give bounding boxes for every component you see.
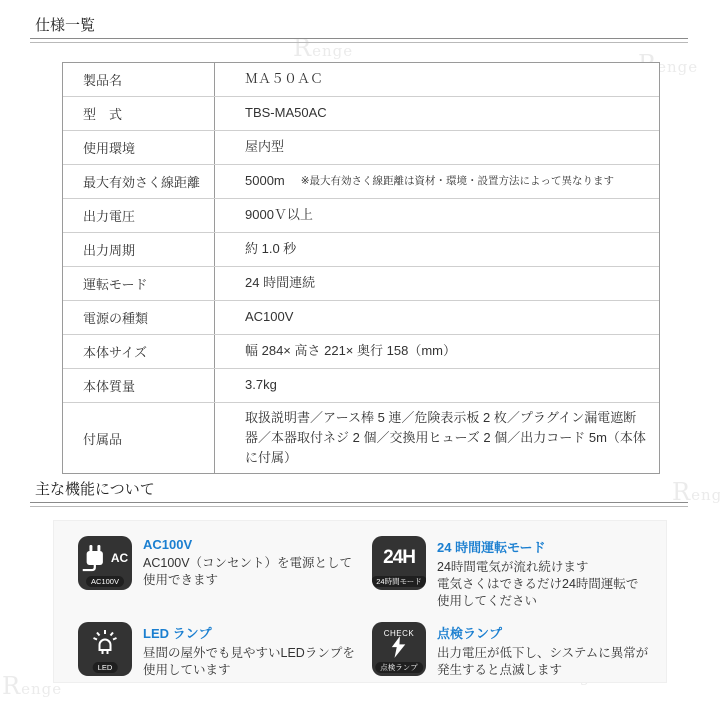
- spec-value-text: 5000m: [245, 171, 285, 191]
- feature-desc: 24時間電気が流れ続けます 電気さくはできるだけ24時間運転で 使用してください: [437, 559, 638, 610]
- feature-text: AC100V AC100V（コンセント）を電源として 使用できます: [143, 536, 352, 589]
- spec-value-note: ※最大有効さく線距離は資材・環境・設置方法によって異なります: [301, 173, 614, 189]
- spec-label: 製品名: [63, 63, 215, 96]
- check-lamp-icon: CHECK 点検ランプ: [372, 622, 426, 676]
- 24h-icon-art: 24H: [372, 540, 426, 576]
- spec-value: 5000m ※最大有効さく線距離は資材・環境・設置方法によって異なります: [215, 165, 659, 198]
- table-row: 型 式 TBS-MA50AC: [63, 97, 659, 131]
- table-row: 最大有効さく線距離 5000m ※最大有効さく線距離は資材・環境・設置方法によっ…: [63, 165, 659, 199]
- feature-title: 24 時間運転モード: [437, 537, 638, 556]
- feature-title: AC100V: [143, 537, 352, 552]
- table-row: 付属品 取扱説明書／アース棒 5 連／危険表示板 2 枚／プラグイン漏電遮断器／…: [63, 403, 659, 473]
- spec-value: 幅 284× 高さ 221× 奥行 158（mm）: [215, 335, 659, 368]
- led-lamp-icon: LED: [78, 622, 132, 676]
- feature-text: 24 時間運転モード 24時間電気が流れ続けます 電気さくはできるだけ24時間運…: [437, 536, 638, 610]
- table-row: 出力電圧 9000Ｖ以上: [63, 199, 659, 233]
- spec-label: 最大有効さく線距離: [63, 165, 215, 198]
- features-box: AC AC100V AC100V AC100V（コンセント）を電源として 使用で…: [53, 520, 667, 683]
- spec-value: TBS-MA50AC: [215, 97, 659, 130]
- spec-label: 出力周期: [63, 233, 215, 266]
- ac-icon-label: AC: [111, 551, 128, 565]
- table-row: 電源の種類 AC100V: [63, 301, 659, 335]
- feature-title: 点検ランプ: [437, 623, 648, 642]
- spec-value: 3.7kg: [215, 369, 659, 402]
- ac-icon-caption: AC100V: [86, 576, 124, 587]
- led-bulb-icon: [89, 628, 121, 660]
- check-icon-caption: 点検ランプ: [375, 662, 423, 673]
- features-heading-rule: [30, 502, 688, 507]
- plug-icon: [82, 543, 108, 573]
- feature-led-lamp: LED LED ランプ 昼間の屋外でも見やすいLEDランプを 使用しています: [78, 622, 372, 679]
- 24h-icon-caption: 24時間モード: [372, 576, 426, 587]
- page: Renge Renge Renge Renge Renge Renge Reng…: [0, 0, 720, 720]
- 24h-icon-label: 24H: [383, 547, 415, 569]
- feature-desc: AC100V（コンセント）を電源として 使用できます: [143, 555, 352, 589]
- 24h-icon: 24H 24時間モード: [372, 536, 426, 590]
- feature-ac100v: AC AC100V AC100V AC100V（コンセント）を電源として 使用で…: [78, 536, 372, 610]
- spec-value: 約 1.0 秒: [215, 233, 659, 266]
- feature-title: LED ランプ: [143, 623, 355, 642]
- feature-desc: 出力電圧が低下し、システムに異常が 発生すると点滅します: [437, 645, 648, 679]
- spec-label: 本体質量: [63, 369, 215, 402]
- table-row: 運転モード 24 時間連続: [63, 267, 659, 301]
- features-section-heading: 主な機能について: [35, 478, 155, 499]
- spec-table: 製品名 ＭＡ５０ＡＣ 型 式 TBS-MA50AC 使用環境 屋内型 最大有効さ…: [62, 62, 660, 474]
- spec-label: 型 式: [63, 97, 215, 130]
- table-row: 使用環境 屋内型: [63, 131, 659, 165]
- spec-label: 電源の種類: [63, 301, 215, 334]
- check-icon-art: [372, 635, 426, 662]
- spec-label: 使用環境: [63, 131, 215, 164]
- spec-value: AC100V: [215, 301, 659, 334]
- table-row: 本体質量 3.7kg: [63, 369, 659, 403]
- table-row: 出力周期 約 1.0 秒: [63, 233, 659, 267]
- spec-label: 出力電圧: [63, 199, 215, 232]
- spec-heading-rule: [30, 38, 688, 43]
- feature-24h-mode: 24H 24時間モード 24 時間運転モード 24時間電気が流れ続けます 電気さ…: [372, 536, 666, 610]
- ac-plug-icon-art: AC: [78, 540, 132, 576]
- spec-value: 屋内型: [215, 131, 659, 164]
- ac-plug-icon: AC AC100V: [78, 536, 132, 590]
- spec-value: 24 時間連続: [215, 267, 659, 300]
- spec-value: 9000Ｖ以上: [215, 199, 659, 232]
- feature-text: LED ランプ 昼間の屋外でも見やすいLEDランプを 使用しています: [143, 622, 355, 679]
- spec-section-heading: 仕様一覧: [35, 14, 95, 35]
- spec-label: 本体サイズ: [63, 335, 215, 368]
- spec-value: 取扱説明書／アース棒 5 連／危険表示板 2 枚／プラグイン漏電遮断器／本器取付…: [215, 403, 659, 473]
- spec-value: ＭＡ５０ＡＣ: [215, 63, 659, 96]
- led-icon-caption: LED: [93, 662, 118, 673]
- features-grid: AC AC100V AC100V AC100V（コンセント）を電源として 使用で…: [54, 521, 666, 678]
- led-icon-art: [78, 626, 132, 662]
- spec-label: 付属品: [63, 403, 215, 473]
- lightning-bolt-icon: [390, 636, 408, 660]
- table-row: 本体サイズ 幅 284× 高さ 221× 奥行 158（mm）: [63, 335, 659, 369]
- feature-desc: 昼間の屋外でも見やすいLEDランプを 使用しています: [143, 645, 355, 679]
- table-row: 製品名 ＭＡ５０ＡＣ: [63, 63, 659, 97]
- feature-text: 点検ランプ 出力電圧が低下し、システムに異常が 発生すると点滅します: [437, 622, 648, 679]
- spec-label: 運転モード: [63, 267, 215, 300]
- feature-check-lamp: CHECK 点検ランプ 点検ランプ 出力電圧が低下し、システムに異常が 発生する…: [372, 622, 666, 679]
